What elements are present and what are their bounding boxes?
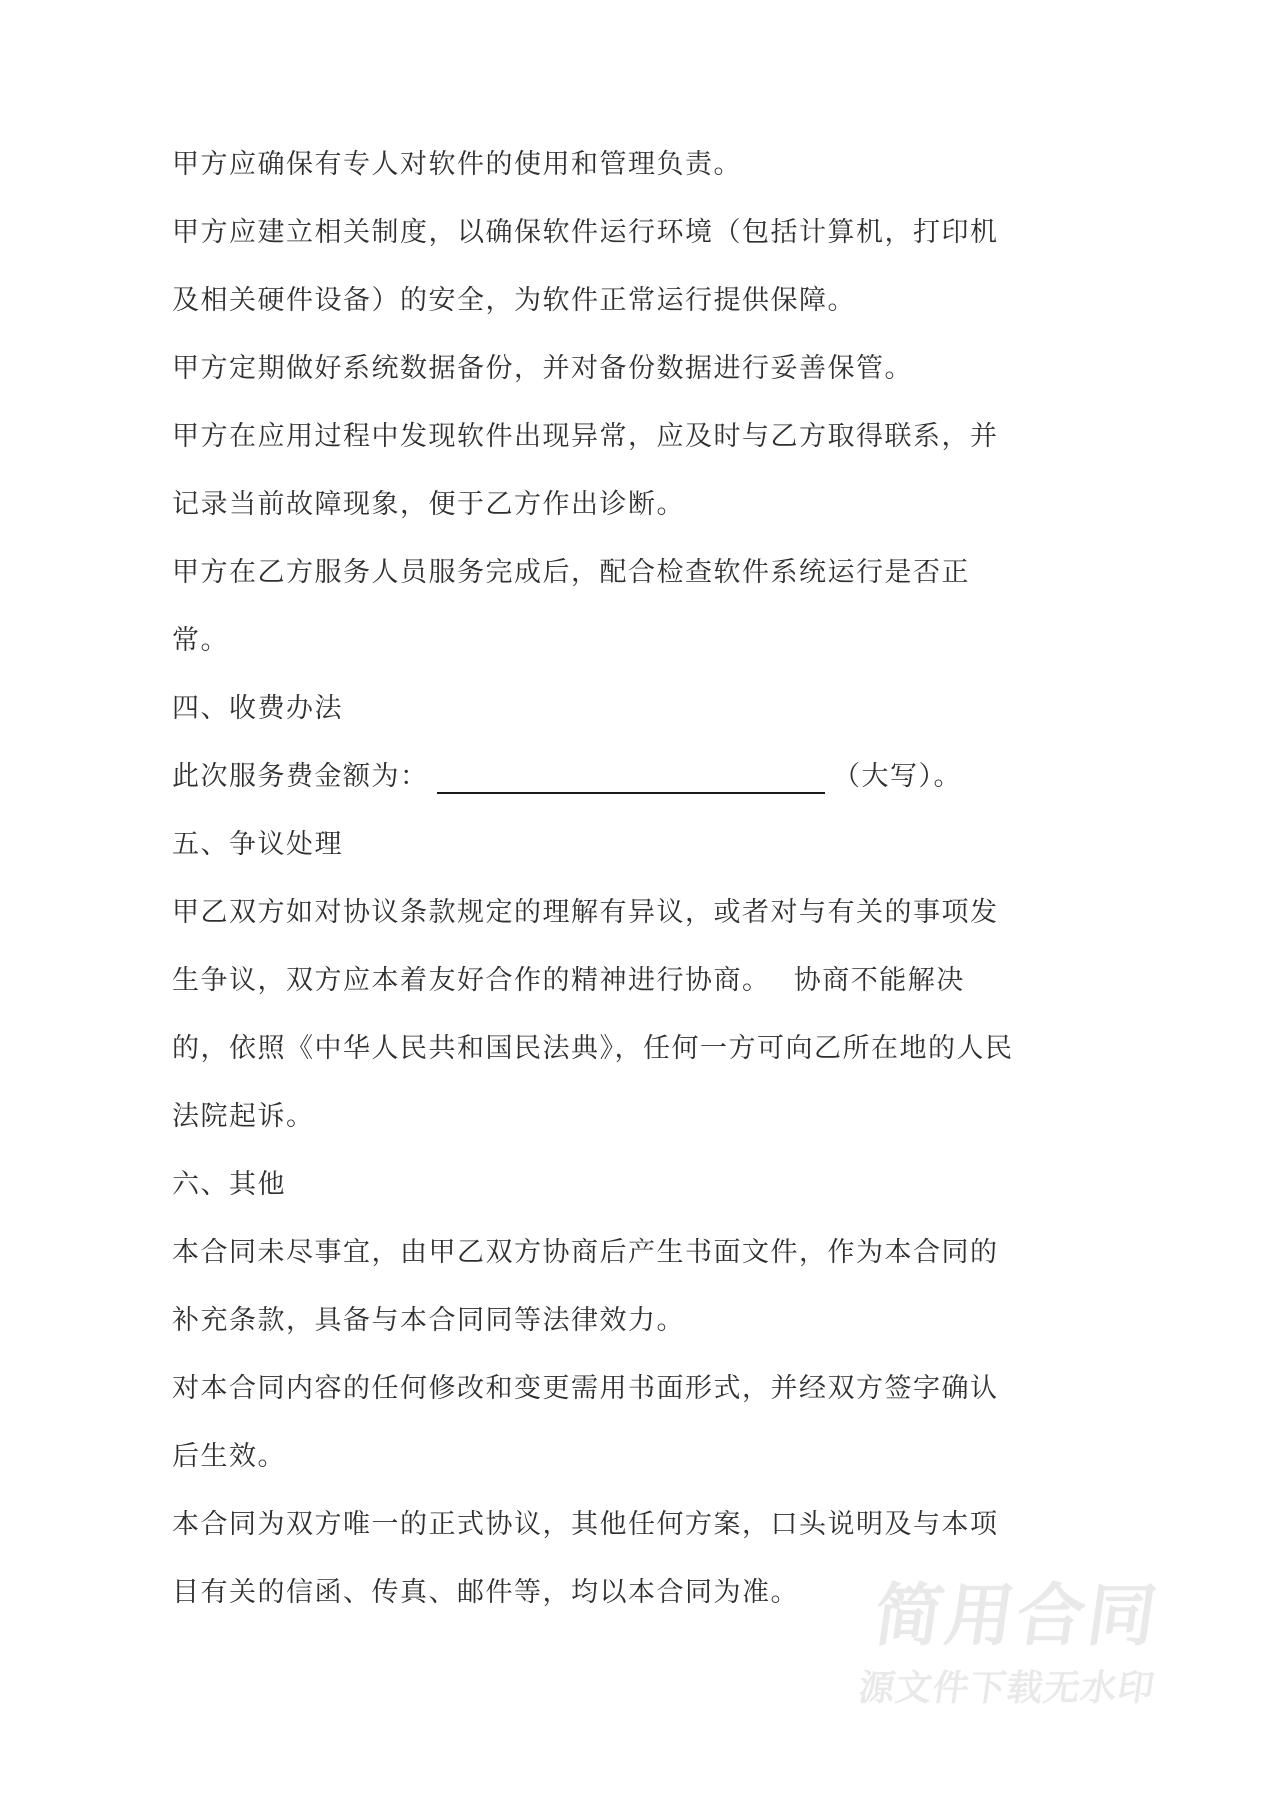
contract-line: 本合同未尽事宜，由甲乙双方协商后产生书面文件，作为本合同的 <box>172 1218 962 1286</box>
contract-body: 甲方应确保有专人对软件的使用和管理负责。 甲方应建立相关制度，以确保软件运行环境… <box>172 130 962 1626</box>
contract-line: 目有关的信函、传真、邮件等，均以本合同为准。 <box>172 1558 962 1626</box>
contract-line: 生争议，双方应本着友好合作的精神进行协商。 协商不能解决 <box>172 946 962 1014</box>
section-heading-fees: 四、收费办法 <box>172 674 962 742</box>
contract-line: 法院起诉。 <box>172 1082 962 1150</box>
watermark-title: 简用合同 <box>857 1578 1178 1654</box>
contract-line: 对本合同内容的任何修改和变更需用书面形式，并经双方签字确认 <box>172 1354 962 1422</box>
contract-line: 的，依照《中华人民共和国民法典》，任何一方可向乙所在地的人民 <box>172 1014 962 1082</box>
contract-line: 常。 <box>172 606 962 674</box>
contract-line: 甲方应确保有专人对软件的使用和管理负责。 <box>172 130 962 198</box>
contract-line: 甲方应建立相关制度，以确保软件运行环境（包括计算机，打印机 <box>172 198 962 266</box>
section-heading-others: 六、其他 <box>172 1150 962 1218</box>
contract-line: 本合同为双方唯一的正式协议，其他任何方案，口头说明及与本项 <box>172 1490 962 1558</box>
section-heading-disputes: 五、争议处理 <box>172 810 962 878</box>
fee-amount-suffix: （大写）。 <box>833 742 962 810</box>
contract-line: 甲方定期做好系统数据备份，并对备份数据进行妥善保管。 <box>172 334 962 402</box>
fee-amount-line: 此次服务费金额为：（大写）。 <box>172 742 962 810</box>
contract-line: 记录当前故障现象，便于乙方作出诊断。 <box>172 470 962 538</box>
site-watermark: 简用合同 源文件下载无水印 <box>849 1578 1178 1710</box>
fee-amount-label: 此次服务费金额为： <box>172 742 429 810</box>
watermark-subtitle: 源文件下载无水印 <box>849 1666 1165 1710</box>
contract-line: 及相关硬件设备）的安全，为软件正常运行提供保障。 <box>172 266 962 334</box>
fee-amount-blank <box>437 762 826 794</box>
contract-page: 甲方应确保有专人对软件的使用和管理负责。 甲方应建立相关制度，以确保软件运行环境… <box>0 0 1280 1810</box>
contract-line: 甲乙双方如对协议条款规定的理解有异议，或者对与有关的事项发 <box>172 878 962 946</box>
contract-line: 后生效。 <box>172 1422 962 1490</box>
contract-line: 甲方在乙方服务人员服务完成后，配合检查软件系统运行是否正 <box>172 538 962 606</box>
contract-line: 甲方在应用过程中发现软件出现异常，应及时与乙方取得联系，并 <box>172 402 962 470</box>
contract-line: 补充条款，具备与本合同同等法律效力。 <box>172 1286 962 1354</box>
